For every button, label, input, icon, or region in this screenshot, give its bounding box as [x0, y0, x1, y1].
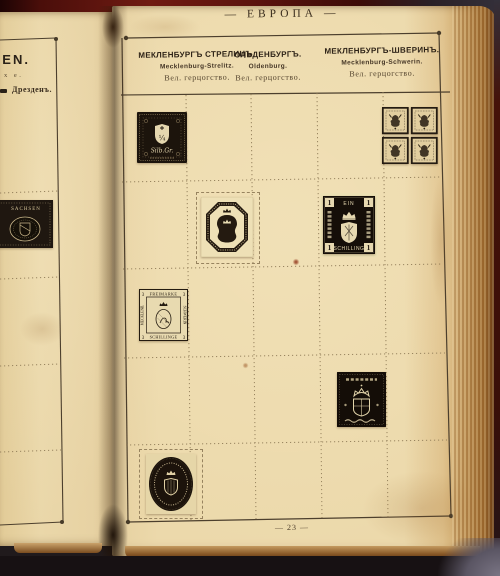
left-page-bottom-edge — [14, 543, 102, 553]
stamp-corner-value: 1 — [367, 199, 371, 207]
stamp-right-word: SCHWERIN — [183, 306, 187, 325]
stamp-one-schilling: 1 1 1 1 EIN SCHILLING — [323, 196, 375, 254]
stamp-mount — [139, 449, 203, 519]
stamp-left-word: MECKLENB. — [140, 305, 144, 326]
country-name-de: Mecklenburg-Schwerin. — [312, 58, 452, 67]
stamp-block-of-four — [382, 107, 438, 164]
stamp-corner-value: 1 — [328, 244, 332, 252]
stamp-bottom-word: SCHILLING — [334, 246, 365, 252]
left-page-line2-fragment: х е. — [4, 72, 23, 79]
country-name-ru: МЕКЛЕНБУРГЪ-ШВЕРИНЪ. — [312, 45, 452, 56]
stamp-value: ¼ — [159, 135, 166, 143]
right-page: — ЕВРОПА — МЕКЛЕНБУРГЪ СТРЕЛИЦЪ — [112, 6, 497, 556]
stamp-bottom-word: SCHILLINGE — [150, 335, 178, 340]
stamp-oldenburg-octagon — [201, 197, 253, 257]
stamp-backing: 1 1 1 1 EIN SCHILLING — [320, 193, 378, 257]
stamp-mount — [196, 192, 260, 264]
binding-gutter — [98, 6, 128, 558]
stamp-corner-value: 1 — [367, 244, 371, 252]
left-page-country-fragment: ISEN. — [0, 52, 30, 67]
stamp-arms-dark — [337, 372, 386, 427]
column-header-mecklenburg-schwerin: МЕКЛЕНБУРГЪ-ШВЕРИНЪ. Mecklenburg-Schweri… — [312, 45, 452, 79]
left-page-capital: Дрезденъ. — [12, 85, 52, 94]
stamp-corner-value: 1 — [328, 199, 332, 207]
stamp-top-word: EIN — [343, 201, 354, 207]
stamp-three-schillinge: FREIMARKE 3 3 SCHILLINGE 3 3 MECKLENB. S… — [139, 289, 188, 341]
binding-smudge — [102, 6, 124, 48]
ink-mark — [0, 89, 7, 93]
shadow-below-book — [0, 556, 500, 576]
stamp-sachsen: SACHSEN — [0, 200, 53, 248]
page-number: — 23 — — [247, 523, 337, 533]
stamp-top-word: FREIMARKE — [150, 292, 178, 297]
stamp-oval-arms — [146, 454, 196, 514]
album-cover-right-edge — [494, 0, 500, 576]
stamp-album-photo: ISEN. х е. Дрезденъ. SACHSEN — ЕВРОПА — — [0, 0, 500, 576]
stamp-strelitz-quarter-silbergroschen: ¼ Silb.Gr. — [137, 112, 187, 163]
surface-bottom-right — [438, 538, 500, 576]
stamp-currency: Silb.Gr. — [151, 148, 174, 155]
stamp-sachsen-inscription: SACHSEN — [11, 207, 41, 212]
